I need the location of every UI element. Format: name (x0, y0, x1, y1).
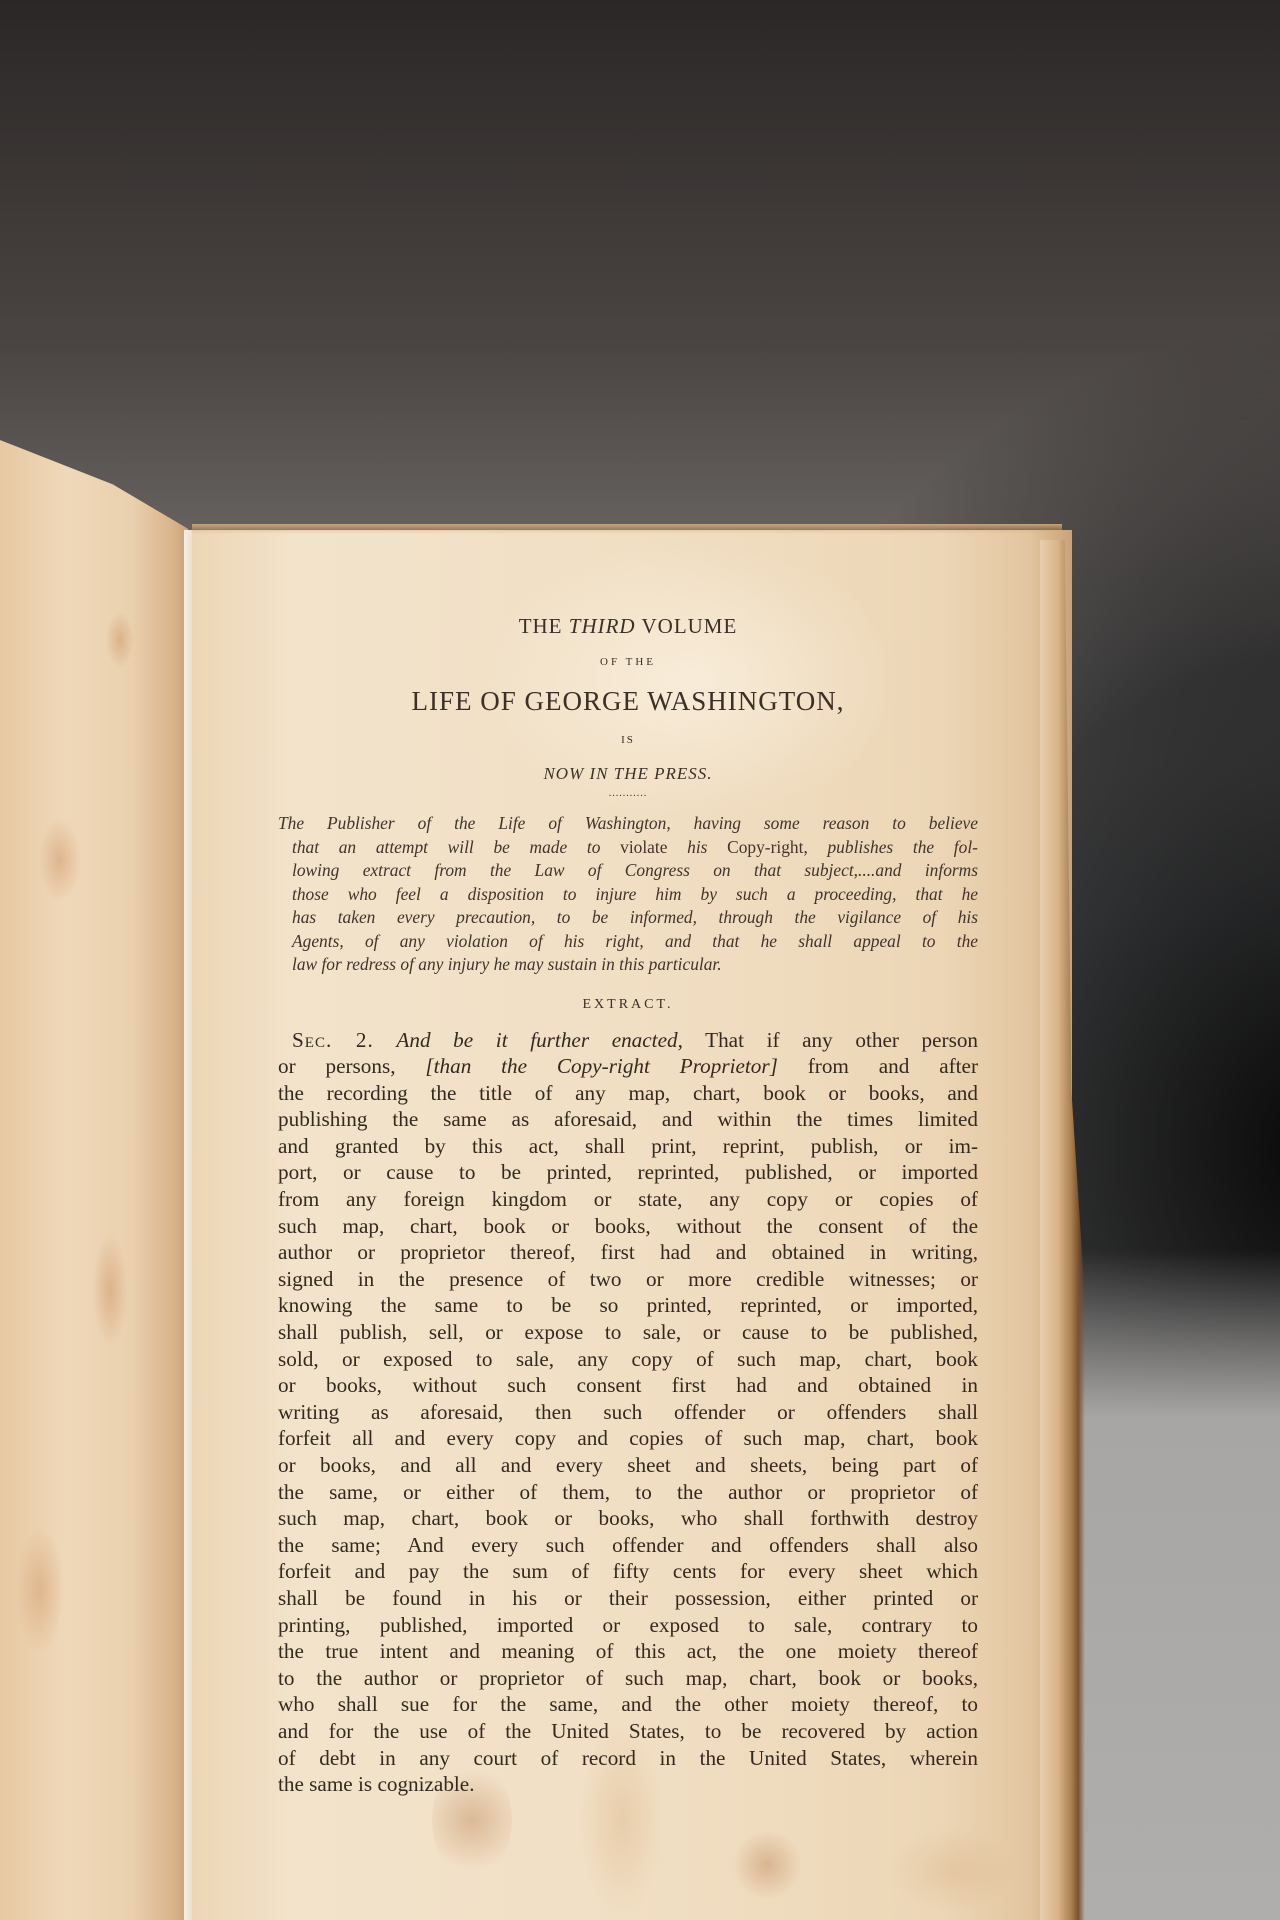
law-line: and for the use of the United States, to… (278, 1718, 978, 1745)
law-line: the true intent and meaning of this act,… (278, 1638, 978, 1665)
law-line: or books, without such consent first had… (278, 1372, 978, 1399)
law-line: of debt in any court of record in the Un… (278, 1745, 978, 1772)
law-line: such map, chart, book or books, who shal… (278, 1505, 978, 1532)
notice-text: his (687, 837, 707, 857)
heading-is: IS (278, 734, 978, 750)
law-line: the same is cognizable. (278, 1771, 978, 1798)
law-line: who shall sue for the same, and the othe… (278, 1691, 978, 1718)
law-italic: And be it further enacted, (396, 1028, 682, 1052)
notice-line: has taken every precaution, to be inform… (278, 906, 978, 930)
law-line: shall publish, sell, or expose to sale, … (278, 1319, 978, 1346)
publisher-notice: The Publisher of the Life of Washington,… (278, 812, 978, 977)
law-extract: Sec. 2. And be it further enacted, That … (278, 1027, 978, 1798)
law-line: port, or cause to be printed, reprinted,… (278, 1159, 978, 1186)
heading-of-the: OF THE (278, 656, 978, 672)
notice-line: Agents, of any violation of his right, a… (278, 930, 978, 954)
law-line: shall be found in his or their possessio… (278, 1585, 978, 1612)
extract-heading: EXTRACT. (278, 997, 978, 1019)
law-line: the same; And every such offender and of… (278, 1532, 978, 1559)
law-line: printing, published, imported or exposed… (278, 1612, 978, 1639)
law-line: the recording the title of any map, char… (278, 1080, 978, 1107)
heading-life-of-washington: LIFE OF GEORGE WASHINGTON, (278, 686, 978, 722)
law-line: to the author or proprietor of such map,… (278, 1665, 978, 1692)
law-line: or persons, [than the Copy-right Proprie… (278, 1053, 978, 1080)
notice-text-roman: Copy-right, (727, 837, 808, 857)
notice-line: those who feel a disposition to injure h… (278, 883, 978, 907)
notice-line: The Publisher of the Life of Washington,… (278, 812, 978, 836)
left-flyleaf-page (0, 440, 188, 1920)
notice-text: publishes the fol- (827, 837, 977, 857)
section-label: Sec. 2. (292, 1028, 374, 1052)
dotted-separator: ........... (278, 788, 978, 802)
notice-text: that an attempt will be made to (292, 837, 600, 857)
law-line: knowing the same to be so printed, repri… (278, 1292, 978, 1319)
page-content: THE THIRD VOLUME OF THE LIFE OF GEORGE W… (278, 600, 978, 1798)
law-line: signed in the presence of two or more cr… (278, 1266, 978, 1293)
law-text: from and after (808, 1054, 978, 1078)
law-line: forfeit and pay the sum of fifty cents f… (278, 1558, 978, 1585)
law-line: writing as aforesaid, then such offender… (278, 1399, 978, 1426)
law-line: and granted by this act, shall print, re… (278, 1133, 978, 1160)
page-top-edge (192, 524, 1062, 534)
heading-word: VOLUME (641, 614, 737, 638)
law-italic: [than the Copy-right Proprietor] (425, 1054, 777, 1078)
heading-third-volume: THE THIRD VOLUME (278, 614, 978, 644)
law-line: Sec. 2. And be it further enacted, That … (278, 1027, 978, 1054)
notice-line: that an attempt will be made to violate … (278, 836, 978, 860)
heading-word-italic: THIRD (569, 614, 636, 638)
heading-now-in-press: NOW IN THE PRESS. (278, 764, 978, 788)
heading-word: THE (519, 614, 563, 638)
law-text: or persons, (278, 1054, 396, 1078)
law-line: forfeit all and every copy and copies of… (278, 1425, 978, 1452)
notice-line: lowing extract from the Law of Congress … (278, 859, 978, 883)
background-light-area (1060, 1250, 1280, 1920)
law-line: or books, and all and every sheet and sh… (278, 1452, 978, 1479)
notice-text-roman: violate (620, 837, 667, 857)
law-text: That if any other person (705, 1028, 978, 1052)
law-line: from any foreign kingdom or state, any c… (278, 1186, 978, 1213)
foxing-stain (732, 1830, 802, 1900)
notice-line: law for redress of any injury he may sus… (278, 953, 978, 977)
law-line: publishing the same as aforesaid, and wi… (278, 1106, 978, 1133)
law-line: sold, or exposed to sale, any copy of su… (278, 1346, 978, 1373)
law-line: author or proprietor thereof, first had … (278, 1239, 978, 1266)
law-line: such map, chart, book or books, without … (278, 1213, 978, 1240)
law-line: the same, or either of them, to the auth… (278, 1479, 978, 1506)
